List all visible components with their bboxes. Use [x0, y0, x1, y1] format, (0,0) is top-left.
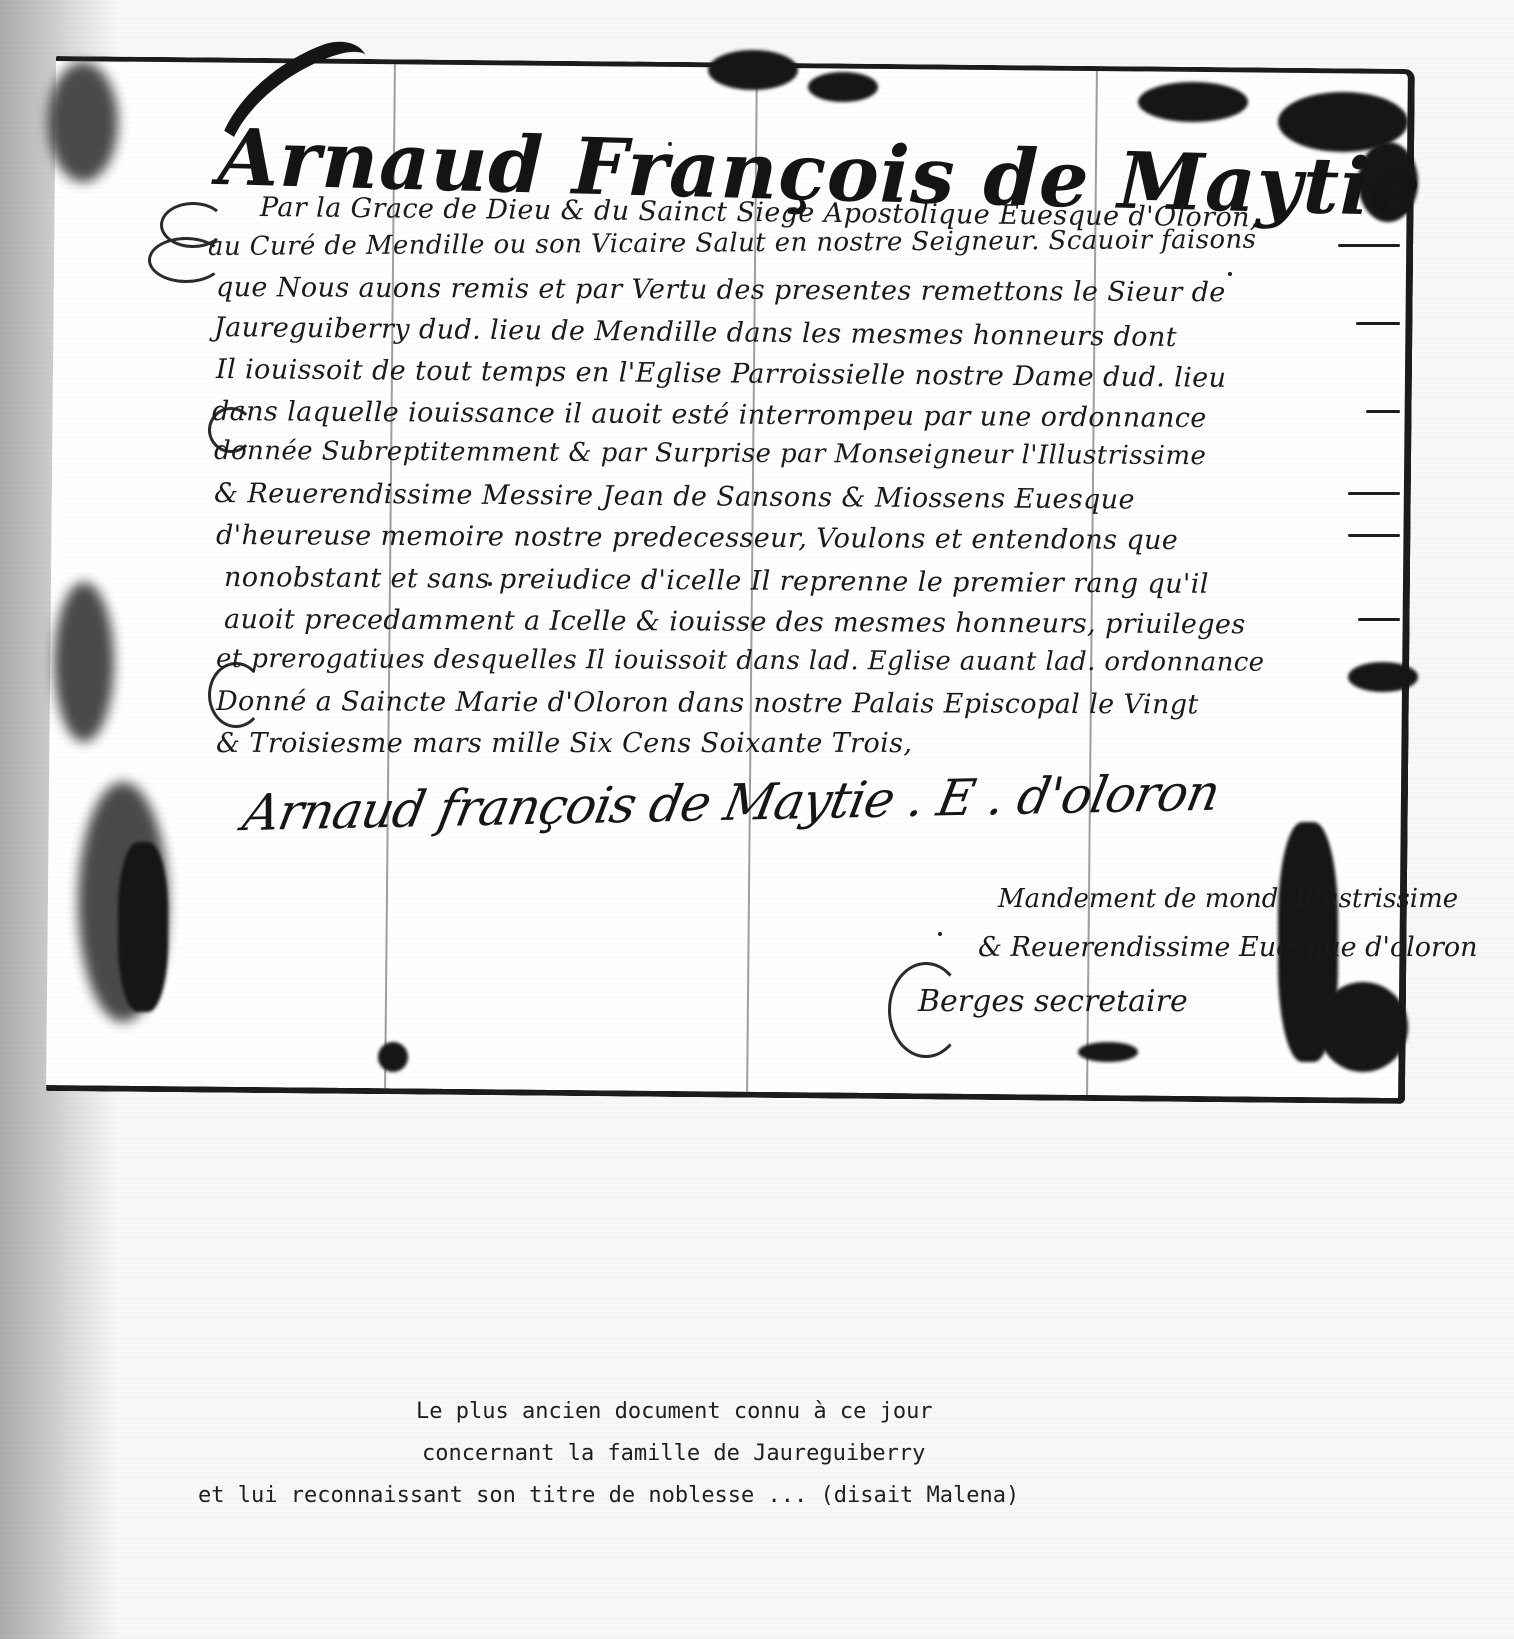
manuscript-line: que Nous auons remis et par Vertu des pr…	[216, 272, 1226, 308]
manuscript-line: Jaureguiberry dud. lieu de Mendille dans…	[214, 312, 1177, 353]
manuscript-line: Donné a Saincte Marie d'Oloron dans nost…	[216, 686, 1199, 720]
manuscript-line: & Troisiesme mars mille Six Cens Soixant…	[216, 728, 912, 759]
caption-line: concernant la famille de Jaureguiberry	[422, 1436, 925, 1472]
manuscript-line: & Reuerendissime Messire Jean de Sansons…	[214, 478, 1135, 515]
manuscript-line: au Curé de Mendille ou son Vicaire Salut…	[208, 225, 1257, 262]
caption-line: Le plus ancien document connu à ce jour	[416, 1394, 933, 1430]
line-filler-rule	[1338, 244, 1400, 247]
countersign-line: & Reuerendissime Euesque d'oloron	[978, 932, 1478, 963]
manuscript-line: dans laquelle iouissance il auoit esté i…	[212, 396, 1207, 434]
secretary-flourish	[888, 962, 964, 1058]
line-filler-rule	[1366, 410, 1400, 413]
line-filler-rule	[1348, 534, 1400, 537]
manuscript-photocopy: Arnaud François de Maytie Par la Grace d…	[48, 22, 1420, 1102]
line-filler-rule	[1358, 618, 1400, 621]
manuscript-line: nonobstant et sans preiudice d'icelle Il…	[224, 562, 1209, 600]
countersign-line: Mandement de mond. Illustrissime	[998, 884, 1458, 914]
manuscript-line: d'heureuse memoire nostre predecesseur, …	[216, 520, 1178, 556]
line-filler-rule	[1348, 492, 1400, 495]
line-filler-rule	[1356, 322, 1400, 325]
caption-line: et lui reconnaissant son titre de nobles…	[198, 1478, 1019, 1514]
manuscript-line: auoit precedamment a Icelle & iouisse de…	[224, 604, 1246, 640]
manuscript-line: et prerogatiues desquelles Il iouissoit …	[216, 644, 1265, 678]
manuscript-line: Il iouissoit de tout temps en l'Eglise P…	[216, 354, 1227, 394]
manuscript-line: donnée Subreptitemment & par Surprise pa…	[214, 436, 1206, 471]
